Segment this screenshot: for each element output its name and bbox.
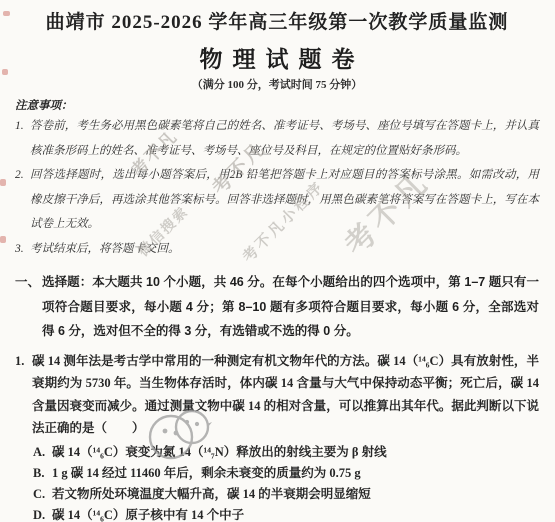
option-label: C. <box>33 484 52 505</box>
notice-number: 3. <box>15 237 30 262</box>
option-a: A. 碳 14（¹⁴₆C）衰变为氮 14（¹⁴₇N）释放出的射线主要为 β 射线 <box>33 442 539 463</box>
section-marker: 一、 <box>15 270 42 344</box>
notice-text: 回答选择题时，选出每小题答案后，用2B 铅笔把答题卡上对应题目的答案标号涂黑。如… <box>30 163 539 237</box>
question-text: 碳 14 测年法是考古学中常用的一种测定有机文物年代的方法。碳 14（¹⁴₆C）… <box>32 350 539 440</box>
section-instructions: 选择题：本大题共 10 个小题，共 46 分。在每个小题给出的四个选项中，第 1… <box>42 270 539 344</box>
notice-item: 1. 答卷前，考生务必用黑色碳素笔将自己的姓名、准考证号、考场号、座位号填写在答… <box>15 114 539 163</box>
option-b: B. 1 g 碳 14 经过 11460 年后，剩余未衰变的质量约为 0.75 … <box>33 463 539 484</box>
exam-paper-page: 曲靖市 2025-2026 学年高三年级第一次教学质量监测 物理试题卷 （满分 … <box>0 10 555 522</box>
notice-item: 3. 考试结束后，将答题卡交回。 <box>15 237 539 262</box>
option-d: D. 碳 14（¹⁴₆C）原子核中有 14 个中子 <box>33 505 539 522</box>
option-text: 碳 14（¹⁴₆C）原子核中有 14 个中子 <box>52 505 539 522</box>
notice-text: 答卷前，考生务必用黑色碳素笔将自己的姓名、准考证号、考场号、座位号填写在答题卡上… <box>30 114 539 163</box>
notices-block: 注意事项： 1. 答卷前，考生务必用黑色碳素笔将自己的姓名、准考证号、考场号、座… <box>15 98 539 261</box>
exam-info-line: （满分 100 分，考试时间 75 分钟） <box>15 78 539 92</box>
option-label: A. <box>33 442 52 463</box>
notice-number: 1. <box>15 114 30 163</box>
option-c: C. 若文物所处环境温度大幅升高，碳 14 的半衰期会明显缩短 <box>33 484 539 505</box>
question-1: 1. 碳 14 测年法是考古学中常用的一种测定有机文物年代的方法。碳 14（¹⁴… <box>15 350 539 440</box>
option-text: 若文物所处环境温度大幅升高，碳 14 的半衰期会明显缩短 <box>52 484 539 505</box>
paper-title: 物理试题卷 <box>15 44 539 74</box>
section-heading-multiple-choice: 一、 选择题：本大题共 10 个小题，共 46 分。在每个小题给出的四个选项中，… <box>15 270 539 344</box>
notice-item: 2. 回答选择题时，选出每小题答案后，用2B 铅笔把答题卡上对应题目的答案标号涂… <box>15 163 539 237</box>
exam-title: 曲靖市 2025-2026 学年高三年级第一次教学质量监测 <box>15 10 539 36</box>
question-number: 1. <box>15 350 32 440</box>
option-text: 碳 14（¹⁴₆C）衰变为氮 14（¹⁴₇N）释放出的射线主要为 β 射线 <box>52 442 539 463</box>
option-label: D. <box>33 505 52 522</box>
option-text: 1 g 碳 14 经过 11460 年后，剩余未衰变的质量约为 0.75 g <box>52 463 539 484</box>
question-1-options: A. 碳 14（¹⁴₆C）衰变为氮 14（¹⁴₇N）释放出的射线主要为 β 射线… <box>33 442 539 522</box>
notices-heading: 注意事项： <box>15 98 539 114</box>
option-label: B. <box>33 463 52 484</box>
notice-number: 2. <box>15 163 30 237</box>
notice-text: 考试结束后，将答题卡交回。 <box>30 237 539 262</box>
